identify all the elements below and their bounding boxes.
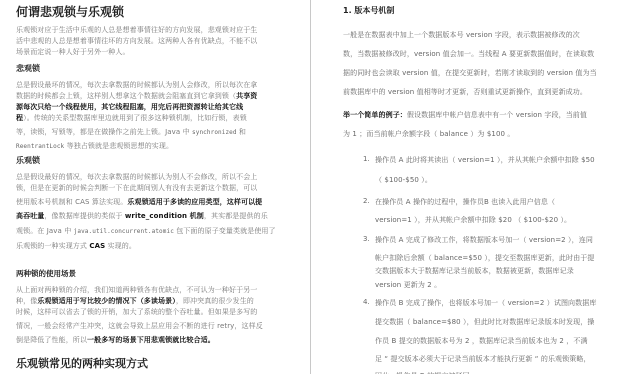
right-page: 1. 版本号机制 一般是在数据表中加上一个数据版本号 version 字段，表示… bbox=[311, 0, 640, 374]
intro-line: 乐观锁对应于生活中乐观的人总是想着事情往好的方向发展，悲观锁对应于生 bbox=[16, 25, 257, 36]
paragraph-line: 高吞吐量，像数据库提供的类似于 write_condition 机制，其实都是提… bbox=[16, 211, 268, 222]
emphasis: write_condition 机制 bbox=[125, 212, 204, 220]
text: 假设数据库中帐户信息表中有一个 version 字段，当前值 bbox=[407, 111, 587, 119]
step-line: 作员 B 提交的数据版本号为 2 ，数据库记录当前版本也为 2 ，不满 bbox=[375, 336, 588, 346]
text: 种，像 bbox=[16, 297, 37, 305]
text: ，其实都是提供的乐 bbox=[204, 212, 268, 220]
text: 包下面的原子变量类就是使用了 bbox=[174, 227, 276, 235]
paragraph-line: 观锁。在 Java 中 java.util.concurrent.atomic … bbox=[16, 226, 276, 237]
text: 乐观锁的一种实现方式 bbox=[16, 242, 89, 250]
step-number: 4. bbox=[363, 298, 370, 306]
paragraph-line: 一般是在数据表中加上一个数据版本号 version 字段，表示数据被修改的次 bbox=[343, 30, 580, 40]
emphasis: 一般多写的场景下用悲观锁就比较合适。 bbox=[87, 336, 215, 344]
example-line: 举一个简单的例子：假设数据库中帐户信息表中有一个 version 字段，当前值 bbox=[343, 110, 587, 120]
paragraph-line: 数据的时候都会上锁，这样别人想拿这个数据就会阻塞直到它拿到锁（共享资 bbox=[16, 91, 257, 102]
heading-optimistic: 乐观锁 bbox=[16, 155, 40, 166]
paragraph-line: ReentrantLock 等独占锁就是悲观锁思想的实现。 bbox=[16, 141, 173, 152]
step-line: 足 “ 提交版本必须大于记录当前版本才能执行更新 “ 的乐观锁策略， bbox=[375, 354, 591, 364]
text: 倒是降低了性能，所以 bbox=[16, 336, 87, 344]
paragraph-line: 程）。传统的关系型数据库里边就用到了很多这种锁机制，比如行锁，表锁 bbox=[16, 113, 247, 124]
text: 等独占锁就是悲观锁思想的实现。 bbox=[64, 142, 173, 150]
text: 观锁。在 Java 中 bbox=[16, 227, 74, 235]
text: 数据的时候都会上锁，这样别人想拿这个数据就会阻塞直到它拿到锁（ bbox=[16, 92, 236, 100]
inline-code: java.util.concurrent.atomic bbox=[74, 228, 174, 235]
step-line: 操作员 A 完成了修改工作，将数据版本号加一（ version=2 ），连同 bbox=[375, 235, 593, 245]
step-line: 操作员 B 完成了操作，也将版本号加一（ version=2 ）试图向数据库 bbox=[375, 298, 596, 308]
paragraph-line: 据的同时也会读取 version 值，在提交更新时，若刚才读取到的 versio… bbox=[343, 68, 597, 78]
inline-code: ReentrantLock bbox=[16, 143, 64, 150]
text: ，像数据库提供的类似于 bbox=[44, 212, 124, 220]
intro-line: 活中悲观的人总是想着事情往坏的方向发展。这两种人各有优缺点，不能不以 bbox=[16, 36, 257, 47]
heading-scenarios: 两种锁的使用场景 bbox=[16, 268, 76, 279]
emphasis: 共享资 bbox=[236, 92, 257, 100]
step-line: （ $100-$50 ）。 bbox=[375, 175, 432, 185]
step-line: 操作员 A 此时将其读出（ version=1 ），并从其帐户余额中扣除 $50 bbox=[375, 155, 595, 165]
heading-pessimistic: 悲观锁 bbox=[16, 63, 40, 74]
inline-code: synchronized bbox=[192, 129, 237, 136]
paragraph-line: 等，读锁，写锁等，都是在做操作之前先上锁。Java 中 synchronized… bbox=[16, 127, 246, 138]
step-line: 帐户扣除后余额（ balance=$50 ），提交至数据库更新，此时由于提 bbox=[375, 253, 594, 263]
paragraph-line: 前数据库中的 version 值相等时才更新，否则重试更新操作，直到更新成功。 bbox=[343, 87, 587, 97]
heading-version-mechanism: 1. 版本号机制 bbox=[343, 5, 394, 16]
emphasis: 源每次只给一个线程使用，其它线程阻塞，用完后再把资源转让给其它线 bbox=[16, 103, 243, 111]
paragraph-line: 倒是降低了性能，所以一般多写的场景下用悲观锁就比较合适。 bbox=[16, 335, 215, 346]
paragraph-line: 锁，但是在更新的时候会判断一下在此期间别人有没有去更新这个数据，可以 bbox=[16, 183, 257, 194]
step-number: 3. bbox=[363, 235, 370, 243]
paragraph-line: 时候，这样可以省去了锁的开销，加大了系统的整个吞吐量。但如果是多写的 bbox=[16, 307, 257, 318]
paragraph-line: 乐观锁的一种实现方式 CAS 实现的。 bbox=[16, 241, 136, 252]
text: 实现的。 bbox=[105, 242, 136, 250]
left-page: 何谓悲观锁与乐观锁 乐观锁对应于生活中乐观的人总是想着事情往好的方向发展，悲观锁… bbox=[0, 0, 310, 374]
paragraph-line: 源每次只给一个线程使用，其它线程阻塞，用完后再把资源转让给其它线 bbox=[16, 102, 243, 113]
step-line: version 更新为 2 。 bbox=[375, 280, 441, 290]
emphasis: 举一个简单的例子： bbox=[343, 111, 407, 119]
step-line: 提交数据（ balance=$80 ），但此时比对数据库记录版本时发现，操 bbox=[375, 317, 594, 327]
section-title: 乐观锁常见的两种实现方式 bbox=[16, 355, 148, 371]
text: 和 bbox=[237, 128, 246, 136]
text: ）。传统的关系型数据库里边就用到了很多这种锁机制，比如行锁，表锁 bbox=[23, 114, 247, 122]
text: 等，读锁，写锁等，都是在做操作之前先上锁。Java 中 bbox=[16, 128, 192, 136]
paragraph-line: 数，当数据被修改时，version 值会加一。当线程 A 要更新数据值时，在读取… bbox=[343, 49, 594, 59]
text: ，即冲突真的很少发生的 bbox=[176, 297, 254, 305]
example-line: 为 1 ；而当前帐户余额字段（ balance ）为 $100 。 bbox=[343, 129, 514, 139]
emphasis: 乐观锁适用于写比较少的情况下（多读场景） bbox=[37, 297, 176, 305]
paragraph-line: 种，像乐观锁适用于写比较少的情况下（多读场景），即冲突真的很少发生的 bbox=[16, 296, 254, 307]
text: 使用版本号机制和 CAS 算法实现。 bbox=[16, 198, 127, 206]
paragraph-line: 情况，一般会经常产生冲突，这就会导致上层应用会不断的进行 retry，这样反 bbox=[16, 321, 263, 332]
step-line: 在操作员 A 操作的过程中，操作员B 也读入此用户信息（ bbox=[375, 197, 555, 207]
paragraph-line: 总是假设最坏的情况，每次去拿数据的时候都认为别人会修改，所以每次在拿 bbox=[16, 80, 257, 91]
page-title: 何谓悲观锁与乐观锁 bbox=[16, 3, 124, 20]
intro-line: 场景而定说一种人好于另外一种人。 bbox=[16, 47, 130, 58]
step-line: version=1 ），并从其帐户余额中扣除 $20 （ $100-$20 ）。 bbox=[375, 215, 571, 225]
emphasis: 高吞吐量 bbox=[16, 212, 44, 220]
paragraph-line: 从上面对两种锁的介绍，我们知道两种锁各有优缺点，不可认为一种好于另一 bbox=[16, 285, 257, 296]
step-number: 2. bbox=[363, 197, 370, 205]
paragraph-line: 使用版本号机制和 CAS 算法实现。乐观锁适用于多读的应用类型，这样可以提 bbox=[16, 197, 262, 208]
emphasis: 乐观锁适用于多读的应用类型，这样可以提 bbox=[127, 198, 262, 206]
emphasis: CAS bbox=[89, 242, 105, 250]
step-line: 交数据版本大于数据库记录当前版本，数据被更新，数据库记录 bbox=[375, 266, 574, 276]
step-number: 1. bbox=[363, 155, 370, 163]
paragraph-line: 总是假设最好的情况，每次去拿数据的时候都认为别人不会修改，所以不会上 bbox=[16, 172, 257, 183]
